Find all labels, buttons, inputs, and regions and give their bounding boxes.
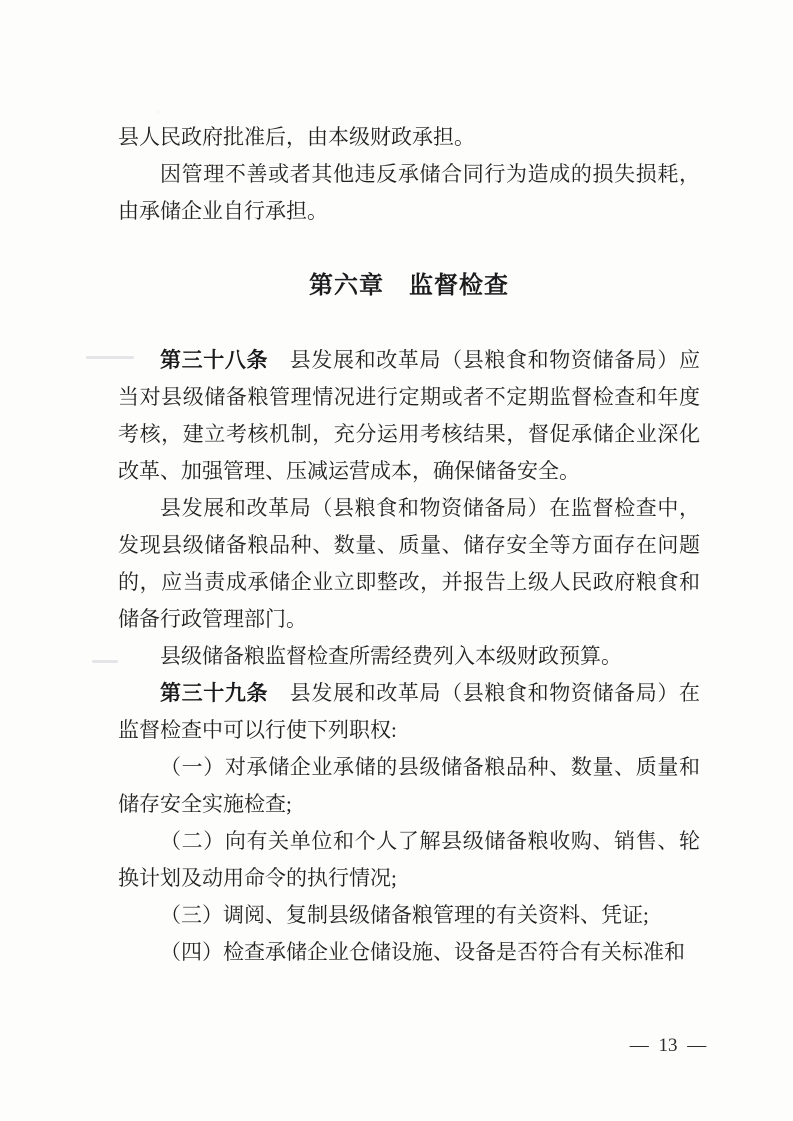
list-item-2: （二）向有关单位和个人了解县级储备粮收购、销售、轮换计划及动用命令的执行情况; — [118, 823, 700, 897]
paragraph-inspection-funds: 县级储备粮监督检查所需经费列入本级财政预算。 — [118, 638, 700, 675]
paragraph-supervision-findings: 县发展和改革局（县粮食和物资储备局）在监督检查中，发现县级储备粮品种、数量、质量… — [118, 490, 700, 638]
article-38-paragraph: 第三十八条 县发展和改革局（县粮食和物资储备局）应当对县级储备粮管理情况进行定期… — [118, 342, 700, 490]
article-39-paragraph: 第三十九条 县发展和改革局（县粮食和物资储备局）在监督检查中可以行使下列职权: — [118, 675, 700, 749]
list-item-1: （一）对承储企业承储的县级储备粮品种、数量、质量和储存安全实施检查; — [118, 749, 700, 823]
list-item-3: （三）调阅、复制县级储备粮管理的有关资料、凭证; — [118, 897, 700, 934]
scan-noise-artifact — [92, 660, 118, 663]
article-38-number: 第三十八条 — [160, 349, 268, 372]
document-page: 县人民政府批准后，由本级财政承担。 因管理不善或者其他违反承储合同行为造成的损失… — [0, 0, 793, 1121]
text-block: 县人民政府批准后，由本级财政承担。 因管理不善或者其他违反承储合同行为造成的损失… — [118, 119, 700, 971]
list-item-4: （四）检查承储企业仓储设施、设备是否符合有关标准和 — [118, 934, 700, 971]
paragraph-continuation: 县人民政府批准后，由本级财政承担。 — [118, 119, 700, 156]
chapter-6-heading: 第六章 监督检查 — [118, 267, 700, 304]
paragraph-loss-liability: 因管理不善或者其他违反承储合同行为造成的损失损耗，由承储企业自行承担。 — [118, 156, 700, 230]
article-39-number: 第三十九条 — [160, 682, 268, 705]
page-number: — 13 — — [628, 1031, 708, 1061]
